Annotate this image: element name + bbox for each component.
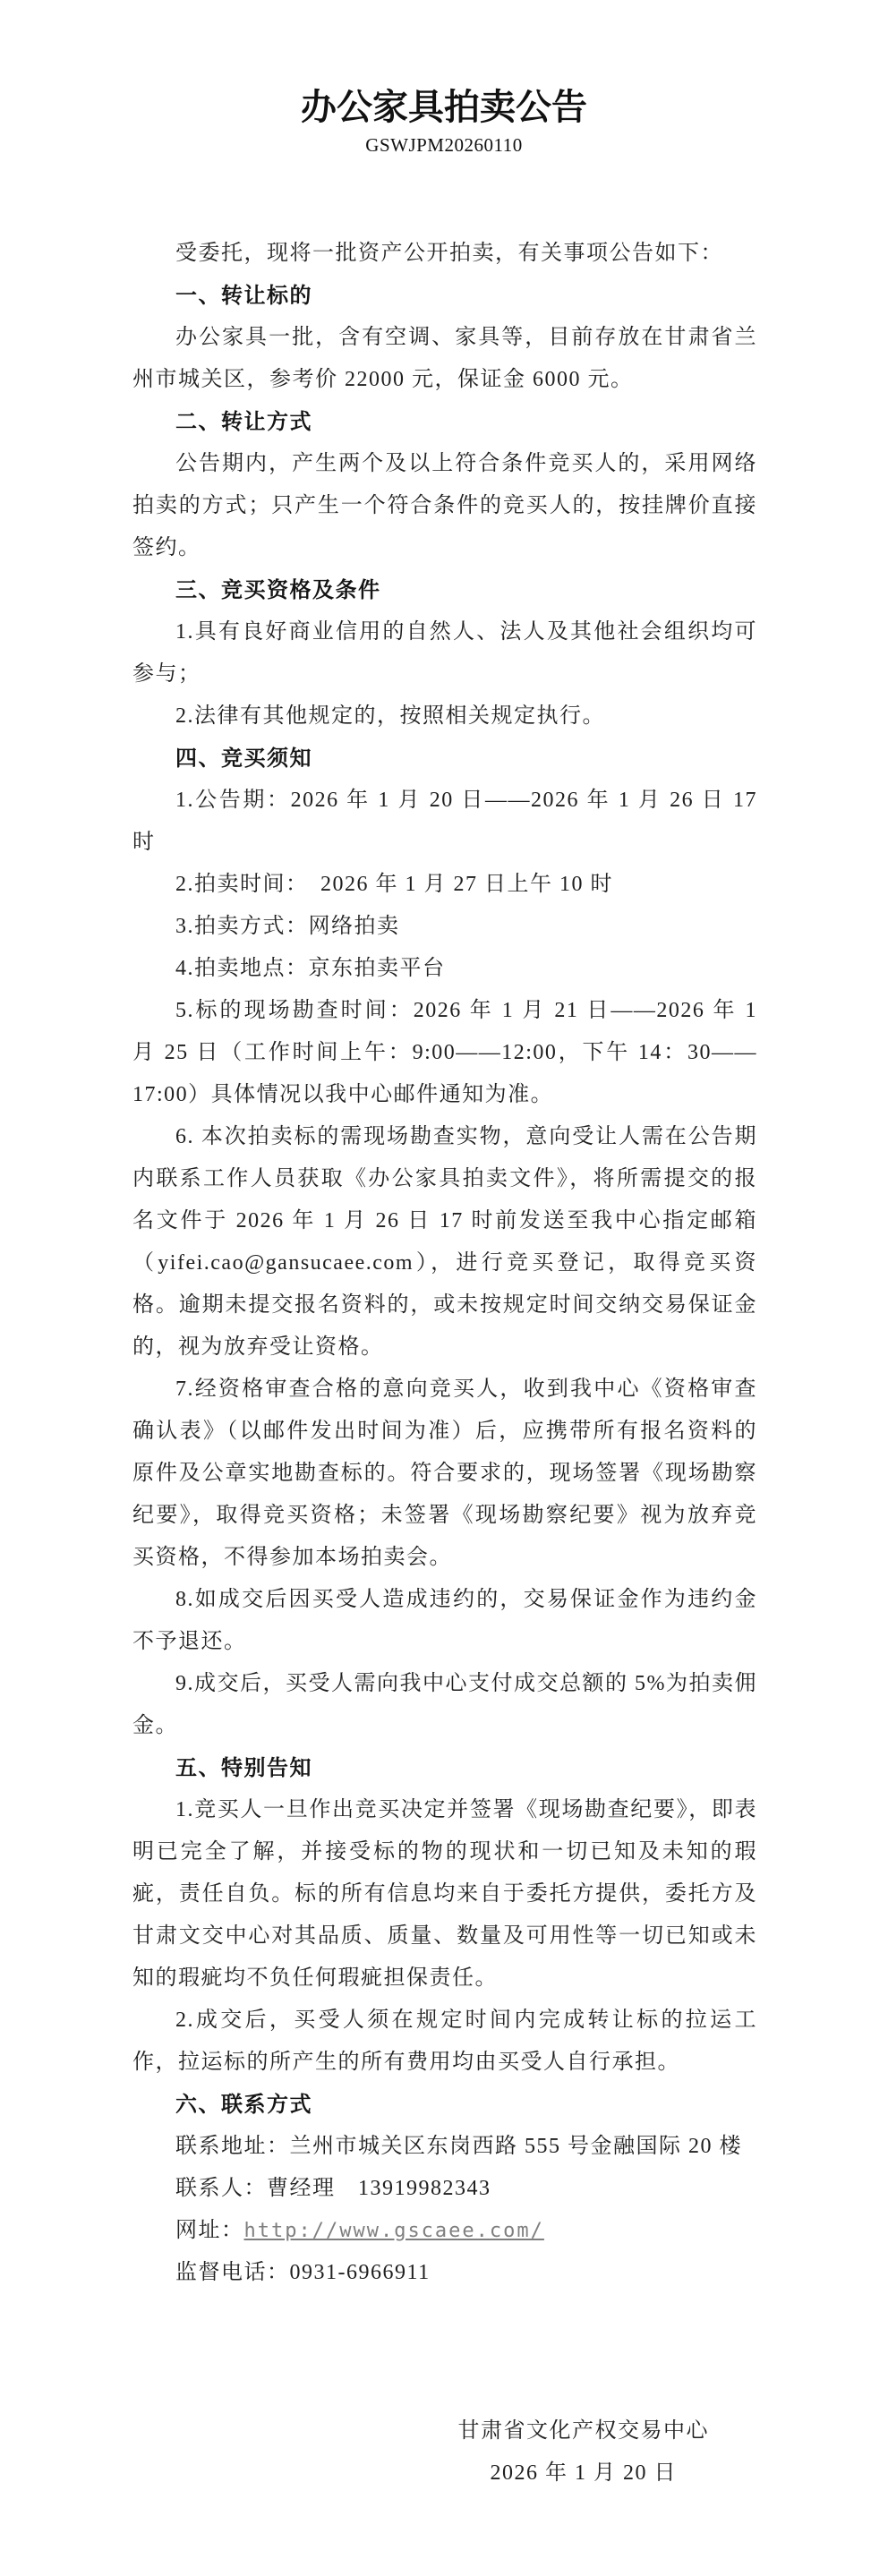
section-heading-special-notice: 五、特别告知: [132, 1747, 757, 1789]
contact-address-line: 联系地址：兰州市城关区东岗西路 555 号金融国际 20 楼: [132, 2126, 757, 2168]
section-heading-bidding-notes: 四、竞买须知: [132, 738, 757, 780]
paragraph: 5.标的现场勘查时间：2026 年 1 月 21 日——2026 年 1 月 2…: [132, 990, 757, 1116]
document-body: 受委托，现将一批资产公开拍卖，有关事项公告如下： 一、转让标的 办公家具一批，含…: [132, 233, 757, 2294]
paragraph: 4.拍卖地点：京东拍卖平台: [132, 948, 757, 990]
paragraph: 7.经资格审查合格的意向竞买人，收到我中心《资格审查确认表》（以邮件发出时间为准…: [132, 1369, 757, 1579]
section-heading-contact-info: 六、联系方式: [132, 2084, 757, 2126]
supervision-phone-line: 监督电话：0931-6966911: [132, 2252, 757, 2294]
signature-block: 甘肃省文化产权交易中心 2026 年 1 月 20 日: [458, 2410, 710, 2495]
website-label: 网址：: [175, 2219, 244, 2242]
paragraph: 9.成交后，买受人需向我中心支付成交总额的 5%为拍卖佣金。: [132, 1663, 757, 1747]
paragraph: 6. 本次拍卖标的需现场勘查实物，意向受让人需在公告期内联系工作人员获取《办公家…: [132, 1116, 757, 1369]
paragraph: 1.竞买人一旦作出竞买决定并签署《现场勘查纪要》，即表明已完全了解，并接受标的物…: [132, 1789, 757, 2000]
document-title: 办公家具拍卖公告: [0, 79, 888, 130]
document-number: GSWJPM20260110: [0, 134, 888, 157]
paragraph: 2.法律有其他规定的，按照相关规定执行。: [132, 695, 757, 738]
paragraph: 1.公告期：2026 年 1 月 20 日——2026 年 1 月 26 日 1…: [132, 780, 757, 864]
paragraph: 2.拍卖时间： 2026 年 1 月 27 日上午 10 时: [132, 864, 757, 906]
paragraph: 1.具有良好商业信用的自然人、法人及其他社会组织均可参与；: [132, 611, 757, 695]
section-heading-bidder-qualifications: 三、竞买资格及条件: [132, 569, 757, 611]
paragraph: 3.拍卖方式：网络拍卖: [132, 906, 757, 948]
website-link[interactable]: http://www.gscaee.com/: [244, 2220, 544, 2242]
contact-person-line: 联系人：曹经理 13919982343: [132, 2168, 757, 2210]
signature-date: 2026 年 1 月 20 日: [458, 2452, 710, 2495]
section-heading-transfer-method: 二、转让方式: [132, 401, 757, 443]
website-line: 网址：http://www.gscaee.com/: [132, 2210, 757, 2252]
document-page: 办公家具拍卖公告 GSWJPM20260110 受委托，现将一批资产公开拍卖，有…: [0, 0, 888, 2576]
paragraph: 公告期内，产生两个及以上符合条件竞买人的，采用网络拍卖的方式；只产生一个符合条件…: [132, 443, 757, 569]
signature-organization: 甘肃省文化产权交易中心: [458, 2410, 710, 2452]
paragraph: 2.成交后，买受人须在规定时间内完成转让标的拉运工作，拉运标的所产生的所有费用均…: [132, 2000, 757, 2084]
paragraph: 办公家具一批，含有空调、家具等，目前存放在甘肃省兰州市城关区，参考价 22000…: [132, 317, 757, 401]
intro-paragraph: 受委托，现将一批资产公开拍卖，有关事项公告如下：: [132, 233, 757, 275]
paragraph: 8.如成交后因买受人造成违约的，交易保证金作为违约金不予退还。: [132, 1579, 757, 1663]
section-heading-transfer-subject: 一、转让标的: [132, 275, 757, 317]
